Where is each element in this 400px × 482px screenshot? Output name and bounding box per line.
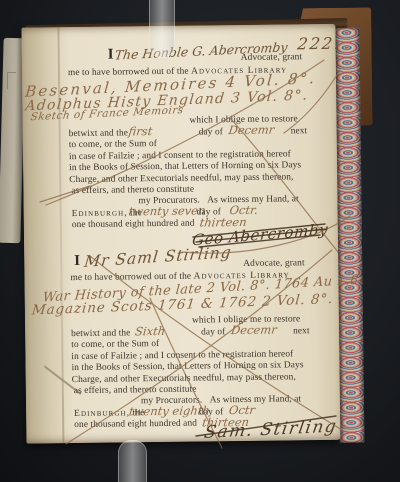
form-charge: Charge, and other Executorials needful, … bbox=[72, 372, 296, 385]
form-betwixt: betwixt and the bbox=[69, 128, 128, 139]
form-borrowed-text: me to have borrowed out of the bbox=[70, 272, 191, 283]
form-lead-in: I bbox=[108, 47, 114, 64]
fill-return-day: Sixth bbox=[134, 324, 166, 338]
borrower-name: Mr Saml Stirling bbox=[83, 243, 232, 271]
form-advocate-grant: Advocate, grant bbox=[241, 52, 302, 63]
form-day-of: day of bbox=[201, 327, 225, 337]
fill-signed-day: twenty seven bbox=[128, 203, 207, 218]
form-charge: Charge, and other Executorials needful, … bbox=[69, 172, 293, 185]
fill-return-month: Decemr bbox=[228, 123, 275, 138]
form-lead-in: I bbox=[74, 253, 80, 270]
conservation-strap-bottom bbox=[118, 440, 147, 482]
form-one-thousand: one thousand eight hundred and bbox=[74, 419, 197, 430]
form-one-thousand: one thousand eight hundred and bbox=[72, 219, 195, 230]
form-next: next bbox=[293, 326, 310, 336]
form-effeirs: as effeirs, and thereto constitute bbox=[71, 185, 194, 196]
form-to-come: to come, or the Sum of bbox=[71, 339, 159, 350]
page-number: 222. bbox=[296, 34, 342, 54]
open-book: 222. I The Honble G. Abercromby Advocate… bbox=[0, 0, 400, 482]
form-edinburgh: Edinburgh, bbox=[74, 408, 130, 419]
form-to-come: to come, or the Sum of bbox=[69, 139, 157, 150]
photograph-background: 222. I The Honble G. Abercromby Advocate… bbox=[0, 0, 400, 482]
form-session: in the Books of Session, that Letters of… bbox=[71, 360, 303, 373]
fill-return-day: first bbox=[128, 124, 153, 138]
register-page: 222. I The Honble G. Abercromby Advocate… bbox=[21, 24, 340, 444]
form-advocate-grant: Advocate, grant bbox=[243, 258, 304, 269]
form-session: in the Books of Session, that Letters of… bbox=[69, 160, 301, 173]
fill-return-month: Decemr bbox=[230, 323, 277, 338]
form-betwixt: betwixt and the bbox=[71, 328, 130, 339]
form-day-of: day of bbox=[199, 127, 223, 137]
conservation-strap-top bbox=[149, 0, 175, 58]
form-effeirs: as effeirs, and thereto constitute bbox=[74, 385, 197, 396]
form-edinburgh: Edinburgh, bbox=[72, 208, 128, 219]
form-next: next bbox=[291, 126, 308, 136]
